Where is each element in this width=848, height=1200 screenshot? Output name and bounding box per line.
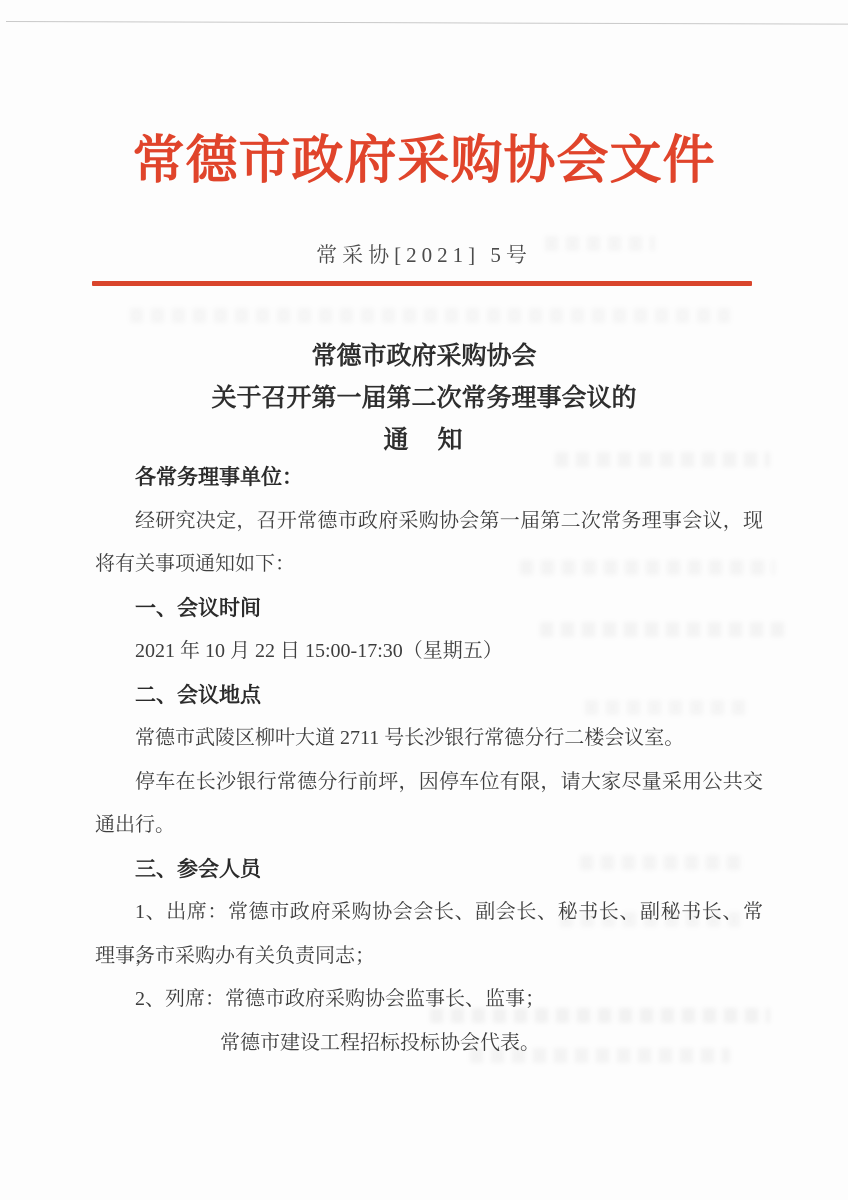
notice-title-org: 常德市政府采购协会 — [0, 339, 848, 373]
notice-title-type: 通 知 — [0, 423, 848, 457]
scanner-edge-line — [6, 21, 848, 25]
section-heading-attendees: 三、参会人员 — [95, 848, 763, 892]
red-separator-rule — [92, 281, 752, 286]
document-number: 常采协[2021] 5号 — [0, 240, 848, 270]
observers-line: 2、列席：常德市政府采购协会监事长、监事； — [95, 978, 763, 1022]
section-heading-meeting-place: 二、会议地点 — [95, 674, 763, 718]
body-line: 将有关事项通知如下： — [95, 543, 763, 587]
document-banner-title: 常德市政府采购协会文件 — [0, 130, 848, 192]
meeting-place-line: 常德市武陵区柳叶大道 2711 号长沙银行常德分行二楼会议室。 — [95, 717, 763, 761]
scanned-document-page: 常德市政府采购协会文件 常采协[2021] 5号 常德市政府采购协会 关于召开第… — [0, 0, 848, 1200]
notice-body: 各常务理事单位： 经研究决定，召开常德市政府采购协会第一届第二次常务理事会议，现… — [95, 456, 763, 1065]
bleed-through-smudge — [130, 308, 730, 323]
attendees-line: 1、出席：常德市政府采购协会会长、副会长、秘书长、副秘书长、常务 — [95, 891, 763, 935]
body-line: 通出行。 — [95, 804, 763, 848]
meeting-time-line: 2021 年 10 月 22 日 15:00-17:30（星期五） — [95, 630, 763, 674]
body-line: 停车在长沙银行常德分行前坪，因停车位有限，请大家尽量采用公共交 — [95, 761, 763, 805]
notice-title-subject: 关于召开第一届第二次常务理事会议的 — [0, 381, 848, 415]
observers-line: 常德市建设工程招标投标协会代表。 — [95, 1022, 763, 1066]
salutation-line: 各常务理事单位： — [95, 456, 763, 500]
body-line: 经研究决定，召开常德市政府采购协会第一届第二次常务理事会议，现 — [95, 500, 763, 544]
attendees-line: 理事，市采购办有关负责同志； — [95, 935, 763, 979]
section-heading-meeting-time: 一、会议时间 — [95, 587, 763, 631]
